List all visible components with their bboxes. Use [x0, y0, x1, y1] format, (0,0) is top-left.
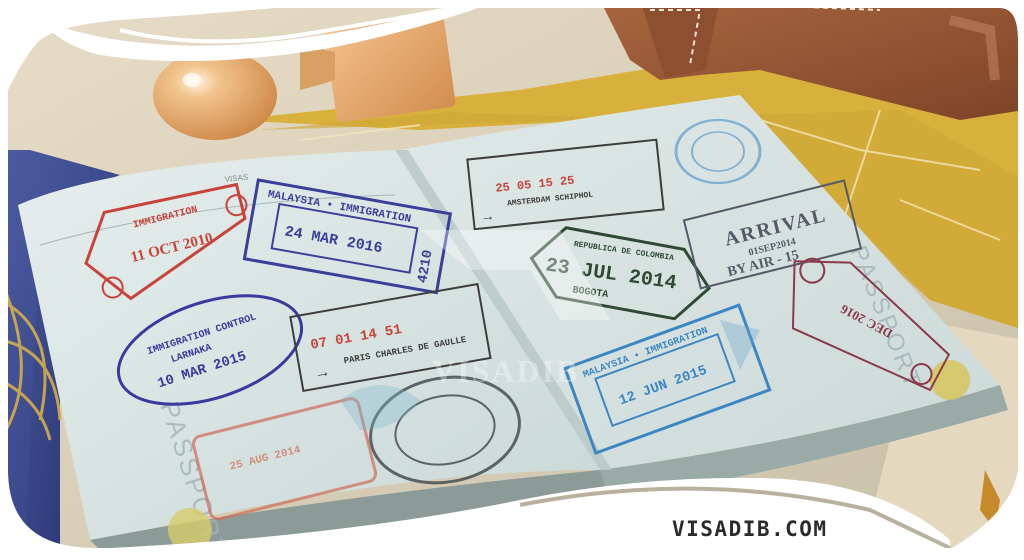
svg-text:VISADIB: VISADIB [432, 353, 579, 389]
brand-watermark: VISADIB.COM [672, 517, 828, 541]
photo-frame: VISAS PASSPORT PASSPORT IMMIGRATION 11 O… [0, 0, 1024, 560]
passport-photo: VISAS PASSPORT PASSPORT IMMIGRATION 11 O… [0, 0, 1024, 560]
